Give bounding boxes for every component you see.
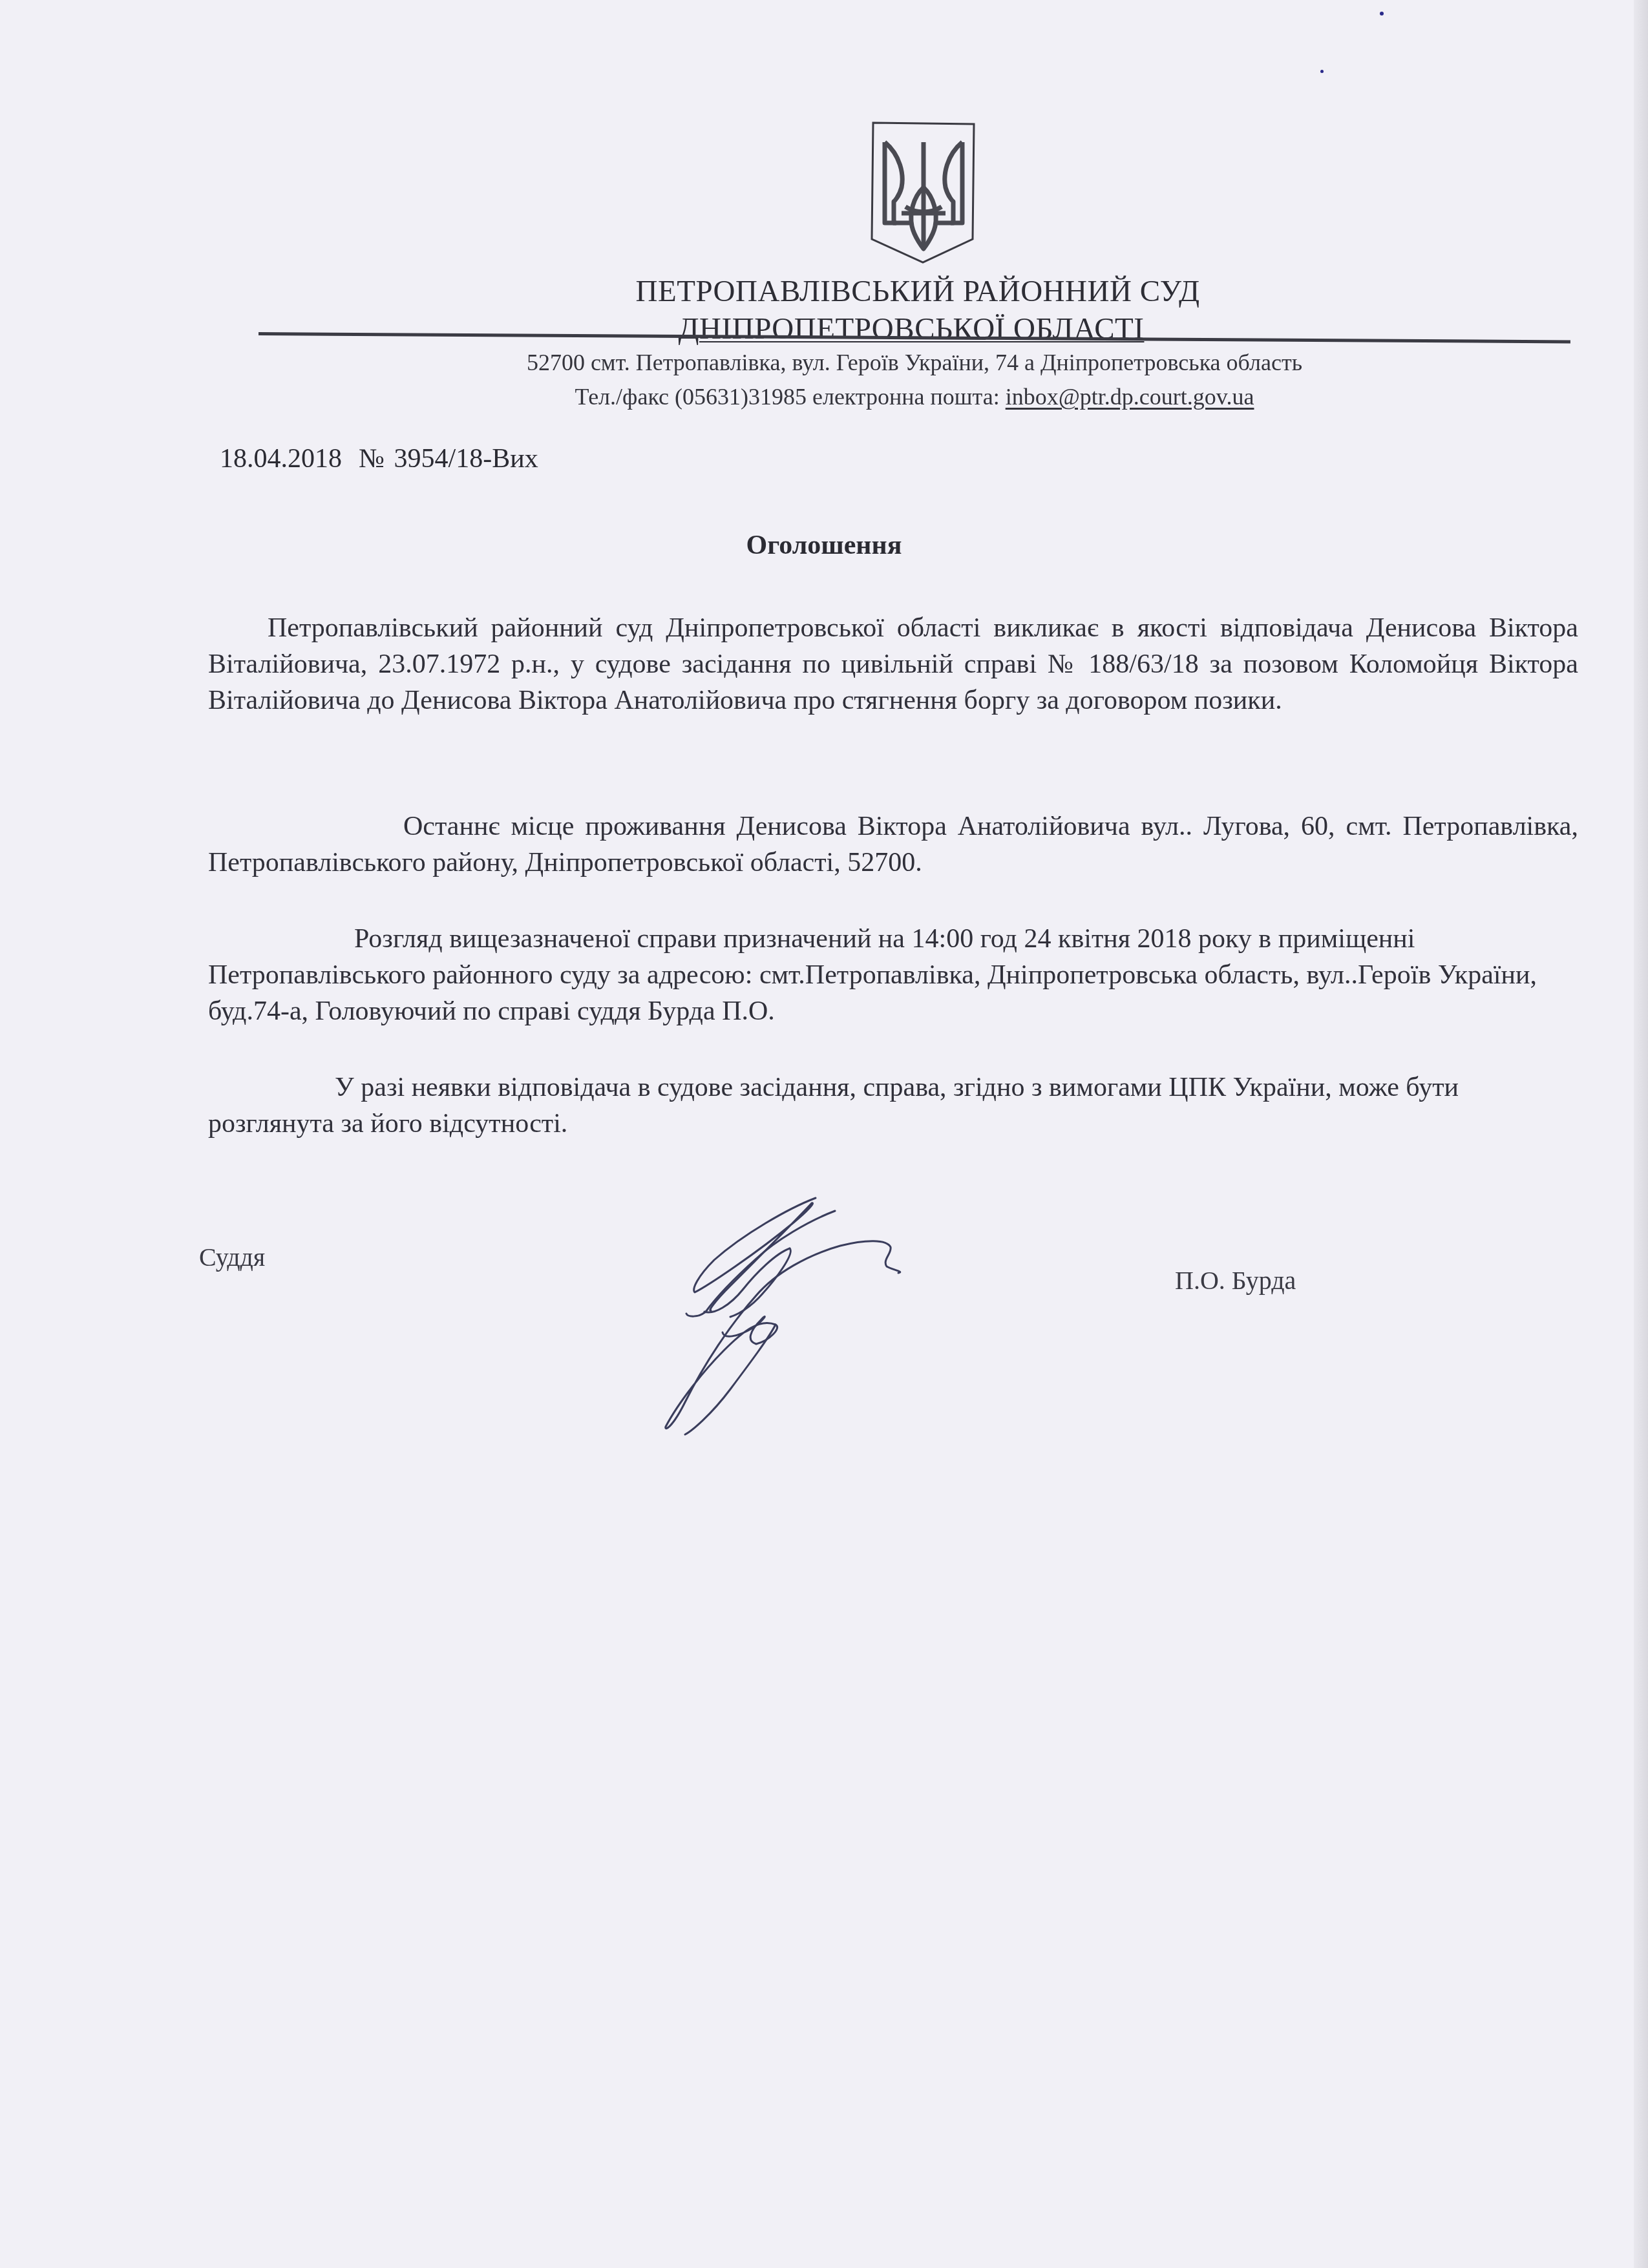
- scan-speck: [1380, 12, 1384, 16]
- signer-role: Суддя: [199, 1242, 265, 1272]
- court-name-line1: ПЕТРОПАВЛІВСЬКИЙ РАЙОННИЙ СУД: [94, 277, 1648, 307]
- reference-number: № 3954/18-Вих: [359, 444, 538, 474]
- outgoing-reference: 18.04.2018№ 3954/18-Вих: [220, 443, 538, 474]
- handwritten-signature-icon: [646, 1182, 937, 1454]
- signer-name: П.О. Бурда: [1175, 1265, 1296, 1296]
- court-address: 52700 смт. Петропавлівка, вул. Героїв Ук…: [90, 351, 1648, 374]
- paragraph-last-address: Останнє місце проживання Денисова Віктор…: [208, 808, 1578, 881]
- document-title: Оголошення: [0, 530, 1648, 561]
- paragraph-absence-warning: У разі неявки відповідача в судове засід…: [208, 1069, 1552, 1142]
- reference-date: 18.04.2018: [220, 444, 342, 474]
- court-contacts: Тел./факс (05631)31985 електронна пошта:…: [90, 385, 1648, 408]
- trident-coat-of-arms-icon: [868, 116, 978, 265]
- paragraph-summons: Петропавлівський районний суд Дніпропетр…: [208, 610, 1578, 719]
- court-email-link[interactable]: inbox@ptr.dp.court.gov.ua: [1006, 384, 1254, 410]
- paragraph-hearing-details: Розгляд вищезазначеної справи призначени…: [208, 921, 1565, 1029]
- contact-phone-label: Тел./факс (05631)31985 електронна пошта:: [575, 384, 1006, 410]
- scan-speck: [1320, 70, 1324, 73]
